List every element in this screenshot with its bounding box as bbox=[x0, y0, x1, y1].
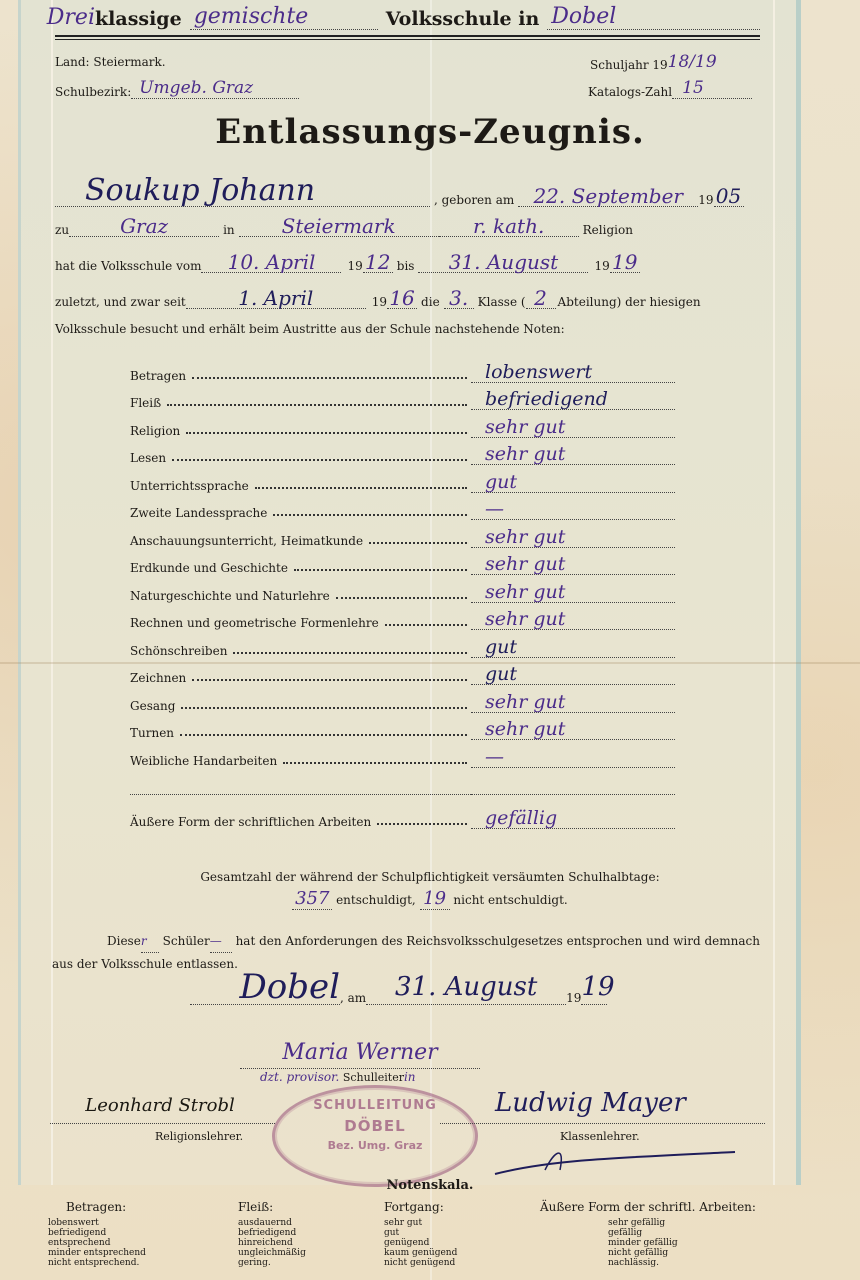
school-type: gemischte bbox=[190, 4, 378, 30]
notes-intro: Volksschule besucht und erhält beim Aust… bbox=[55, 322, 565, 336]
grade-subject: Betragen bbox=[130, 369, 186, 383]
grade-value-field: gefällig bbox=[471, 808, 675, 829]
land-value: Steiermark. bbox=[93, 55, 165, 69]
cert-part1: Diese bbox=[107, 934, 141, 948]
school-label: Volksschule in bbox=[386, 8, 540, 30]
grade-subject: Zweite Landessprache bbox=[130, 506, 267, 520]
birth-date: 22. September bbox=[518, 186, 698, 207]
certification-text: Dieser Schüler— hat den Anforderungen de… bbox=[52, 930, 760, 975]
leader-dots bbox=[172, 459, 467, 461]
grade-row: Lesensehr gut bbox=[130, 438, 675, 466]
scale-item: sehr gut bbox=[384, 1218, 457, 1228]
grade-row: Zeichnengut bbox=[130, 658, 675, 686]
school-year-field: Schuljahr 19 18/19 bbox=[590, 52, 717, 72]
district-field: Schulbezirk: Umgeb. Graz bbox=[55, 78, 299, 99]
head-signature: Maria Werner bbox=[240, 1040, 480, 1065]
issue-date: 31. August bbox=[366, 970, 566, 1005]
leader-dots bbox=[336, 597, 467, 599]
religion-teacher-signature: Leonhard Strobl bbox=[55, 1095, 265, 1116]
class-teacher-signature: Ludwig Mayer bbox=[495, 1088, 765, 1118]
leader-dots bbox=[255, 487, 467, 489]
school-year-value: 18/19 bbox=[668, 52, 717, 72]
since-year-prefix: 19 bbox=[372, 295, 387, 309]
grade-row bbox=[130, 768, 675, 796]
birth-year: 05 bbox=[714, 186, 744, 207]
land-label: Land: bbox=[55, 55, 90, 69]
grade-row: Unterrichtssprachegut bbox=[130, 465, 675, 493]
school-place: Dobel bbox=[547, 4, 760, 30]
scale-item: gut bbox=[384, 1228, 457, 1238]
since-date: 1. April bbox=[186, 288, 366, 309]
leader-dots bbox=[294, 569, 467, 571]
grade-row: Anschauungsunterricht, Heimatkundesehr g… bbox=[130, 520, 675, 548]
scale-heading: Äußere Form der schriftl. Arbeiten: bbox=[540, 1200, 756, 1214]
religion-label: Religion bbox=[583, 223, 633, 237]
grade-value-field: gut bbox=[471, 664, 675, 685]
stamp-line1: SCHULLEITUNG bbox=[275, 1098, 475, 1113]
grade-value: gut bbox=[485, 663, 517, 685]
grade-value-field: sehr gut bbox=[471, 554, 675, 575]
religion-teacher-line bbox=[50, 1123, 275, 1124]
birthplace-line: zu Graz in Steiermark r. kath. Religion bbox=[55, 216, 760, 237]
grade-row: Gesangsehr gut bbox=[130, 685, 675, 713]
cert-fill1: r bbox=[141, 930, 159, 953]
classes-label: klassige bbox=[95, 8, 182, 30]
student-name: Soukup Johann bbox=[55, 176, 430, 207]
grade-subject: Erdkunde und Geschichte bbox=[130, 561, 288, 575]
cert-part2: Schüler bbox=[163, 934, 210, 948]
head-role: Schulleiter bbox=[343, 1071, 404, 1084]
to-date: 31. August bbox=[418, 252, 588, 273]
absences-unexcused: 19 bbox=[420, 888, 450, 910]
head-signature-line bbox=[240, 1068, 480, 1069]
head-suffix: in bbox=[404, 1070, 416, 1084]
issue-year: 19 bbox=[581, 970, 607, 1005]
until-label: bis bbox=[397, 259, 415, 273]
stamp-line2: DÖBEL bbox=[275, 1117, 475, 1135]
from-date: 10. April bbox=[201, 252, 341, 273]
grade-value: — bbox=[485, 746, 504, 768]
issue-place: Dobel bbox=[190, 970, 340, 1005]
grade-value: — bbox=[485, 498, 504, 520]
head-name: Maria Werner bbox=[282, 1040, 437, 1065]
grade-subject: Gesang bbox=[130, 699, 175, 713]
division-number: 2 bbox=[526, 288, 556, 309]
scale-item: genügend bbox=[384, 1238, 457, 1248]
grade-value: sehr gut bbox=[485, 718, 565, 740]
class-label: Klasse ( bbox=[478, 295, 526, 309]
classes-count: Drei bbox=[40, 5, 95, 30]
district-label: Schulbezirk: bbox=[55, 85, 131, 99]
absences-block: Gesamtzahl der während der Schulpflichti… bbox=[0, 870, 860, 910]
catalog-field: Katalogs-Zahl 15 bbox=[588, 78, 752, 99]
religion: r. kath. bbox=[439, 216, 579, 237]
grade-value-field bbox=[471, 794, 675, 795]
land-field: Land: Steiermark. bbox=[55, 55, 166, 69]
scale-heading: Betragen: bbox=[66, 1200, 146, 1214]
student-name-line: Soukup Johann , geboren am 22. September… bbox=[55, 176, 760, 207]
scale-item: minder entsprechend bbox=[48, 1248, 146, 1258]
leader-dots bbox=[385, 624, 467, 626]
born-label: , geboren am bbox=[434, 193, 514, 207]
catalog-value: 15 bbox=[672, 78, 752, 99]
scale-item: hinreichend bbox=[238, 1238, 306, 1248]
zu-label: zu bbox=[55, 223, 69, 237]
cert-fill2: — bbox=[210, 930, 232, 953]
signature-flourish bbox=[490, 1140, 740, 1180]
attended-label: hat die Volksschule vom bbox=[55, 259, 201, 273]
stamp-line3: Bez. Umg. Graz bbox=[275, 1139, 475, 1152]
head-title: dzt. provisor. bbox=[260, 1070, 339, 1084]
district-value: Umgeb. Graz bbox=[131, 78, 299, 99]
to-year-prefix: 19 bbox=[594, 259, 609, 273]
grade-value-field: lobenswert bbox=[471, 362, 675, 383]
header-rule-thin bbox=[55, 39, 760, 40]
since-year: 16 bbox=[387, 288, 417, 309]
grade-subject: Fleiß bbox=[130, 396, 161, 410]
cert-part3: hat den Anforderungen des Reichsvolkssch… bbox=[52, 934, 760, 971]
region: Steiermark bbox=[239, 216, 439, 237]
issue-year-prefix: 19 bbox=[566, 991, 581, 1005]
scale-column: Fortgang:sehr gutgutgenügendkaum genügen… bbox=[384, 1200, 457, 1268]
grade-value-field: — bbox=[471, 499, 675, 520]
leader-dots bbox=[369, 542, 467, 544]
grade-row: Naturgeschichte und Naturlehresehr gut bbox=[130, 575, 675, 603]
scale-heading: Fortgang: bbox=[384, 1200, 457, 1214]
class-teacher-line bbox=[440, 1123, 765, 1124]
scale-item: ungleichmäßig bbox=[238, 1248, 306, 1258]
grade-value-field: sehr gut bbox=[471, 609, 675, 630]
grade-value-field: sehr gut bbox=[471, 719, 675, 740]
class-line: zuletzt, und zwar seit 1. April 19 16 di… bbox=[55, 288, 760, 309]
grade-row: Religionsehr gut bbox=[130, 410, 675, 438]
scale-item: lobenswert bbox=[48, 1218, 146, 1228]
excused-label: entschuldigt, bbox=[336, 893, 416, 907]
scale-item: nicht entsprechend. bbox=[48, 1258, 146, 1268]
grade-row: Fleißbefriedigend bbox=[130, 383, 675, 411]
absences-heading: Gesamtzahl der während der Schulpflichti… bbox=[0, 870, 860, 884]
grade-value-field: befriedigend bbox=[471, 389, 675, 410]
catalog-label: Katalogs-Zahl bbox=[588, 85, 672, 99]
scale-item: nicht gefällig bbox=[608, 1248, 756, 1258]
grade-subject: Schönschreiben bbox=[130, 644, 227, 658]
scale-item: kaum genügend bbox=[384, 1248, 457, 1258]
grade-subject: Lesen bbox=[130, 451, 166, 465]
grade-row: Schönschreibengut bbox=[130, 630, 675, 658]
grade-value-field: gut bbox=[471, 637, 675, 658]
grade-subject: Äußere Form der schriftlichen Arbeiten bbox=[130, 815, 371, 829]
division-label: Abteilung) der hiesigen bbox=[558, 295, 701, 309]
scale-item: sehr gefällig bbox=[608, 1218, 756, 1228]
birthplace: Graz bbox=[69, 216, 219, 237]
grade-value-field: sehr gut bbox=[471, 582, 675, 603]
grade-value: lobenswert bbox=[485, 361, 592, 383]
scale-item: nicht genügend bbox=[384, 1258, 457, 1268]
scale-item: ausdauernd bbox=[238, 1218, 306, 1228]
scale-heading: Fleiß: bbox=[238, 1200, 306, 1214]
leader-dots bbox=[192, 679, 467, 681]
leader-dots bbox=[192, 377, 467, 379]
issue-place-date: Dobel , am 31. August 19 19 bbox=[190, 970, 660, 1005]
grade-row: Rechnen und geometrische Formenlehresehr… bbox=[130, 603, 675, 631]
grade-subject: Turnen bbox=[130, 726, 174, 740]
school-year-label: Schuljahr 19 bbox=[590, 58, 668, 72]
grade-subject: Naturgeschichte und Naturlehre bbox=[130, 589, 330, 603]
grading-scale: Betragen:lobenswertbefriedigendentsprech… bbox=[0, 1200, 860, 1280]
grade-value: gut bbox=[485, 636, 517, 658]
religion-teacher-label: Religionslehrer. bbox=[155, 1130, 243, 1143]
class-number: 3. bbox=[444, 288, 474, 309]
grade-row: Erdkunde und Geschichtesehr gut bbox=[130, 548, 675, 576]
from-year-prefix: 19 bbox=[347, 259, 362, 273]
scale-item: minder gefällig bbox=[608, 1238, 756, 1248]
grade-row: Äußere Form der schriftlichen Arbeitenge… bbox=[130, 801, 675, 829]
leader-dots bbox=[180, 734, 467, 736]
grade-subject: Rechnen und geometrische Formenlehre bbox=[130, 616, 379, 630]
grading-scale-title: Notenskala. bbox=[0, 1178, 860, 1193]
grade-row: Weibliche Handarbeiten— bbox=[130, 740, 675, 768]
grade-value: sehr gut bbox=[485, 608, 565, 630]
leader-dots bbox=[273, 514, 467, 516]
scale-column: Fleiß:ausdauerndbefriedigendhinreichendu… bbox=[238, 1200, 306, 1268]
grade-value: gefällig bbox=[485, 807, 557, 829]
grade-subject: Unterrichtssprache bbox=[130, 479, 249, 493]
scale-item: nachlässig. bbox=[608, 1258, 756, 1268]
leader-dots bbox=[130, 794, 471, 795]
leader-dots bbox=[283, 762, 467, 764]
to-year: 19 bbox=[610, 252, 640, 273]
grade-value-field: — bbox=[471, 747, 675, 768]
school-header: Drei klassige gemischte Volksschule in D… bbox=[40, 0, 760, 32]
scale-item: befriedigend bbox=[238, 1228, 306, 1238]
grade-value-field: sehr gut bbox=[471, 417, 675, 438]
grade-value: sehr gut bbox=[485, 553, 565, 575]
from-year: 12 bbox=[363, 252, 393, 273]
document-title: Entlassungs-Zeugnis. bbox=[0, 112, 860, 152]
born-year-prefix: 19 bbox=[698, 193, 713, 207]
scale-column: Betragen:lobenswertbefriedigendentsprech… bbox=[48, 1200, 146, 1268]
grade-subject: Anschauungsunterricht, Heimatkunde bbox=[130, 534, 363, 548]
grade-value: sehr gut bbox=[485, 581, 565, 603]
leader-dots bbox=[377, 823, 467, 825]
since-label: zuletzt, und zwar seit bbox=[55, 295, 186, 309]
absences-excused: 357 bbox=[292, 888, 332, 910]
leader-dots bbox=[167, 404, 467, 406]
die-label: die bbox=[421, 295, 440, 309]
grade-value: befriedigend bbox=[485, 388, 608, 410]
grade-row: Turnensehr gut bbox=[130, 713, 675, 741]
grade-value: sehr gut bbox=[485, 443, 565, 465]
grade-row: Zweite Landessprache— bbox=[130, 493, 675, 521]
scale-item: gering. bbox=[238, 1258, 306, 1268]
leader-dots bbox=[233, 652, 467, 654]
grade-value-field: sehr gut bbox=[471, 692, 675, 713]
unexcused-label: nicht entschuldigt. bbox=[453, 893, 567, 907]
grade-value: sehr gut bbox=[485, 416, 565, 438]
grade-value: sehr gut bbox=[485, 691, 565, 713]
grade-subject: Religion bbox=[130, 424, 180, 438]
scale-column: Äußere Form der schriftl. Arbeiten:sehr … bbox=[540, 1200, 756, 1268]
leader-dots bbox=[181, 707, 467, 709]
grade-subject: Zeichnen bbox=[130, 671, 186, 685]
grade-value-field: gut bbox=[471, 472, 675, 493]
header-rule bbox=[55, 35, 760, 37]
scale-item: entsprechend bbox=[48, 1238, 146, 1248]
grade-value: gut bbox=[485, 471, 517, 493]
scale-item: befriedigend bbox=[48, 1228, 146, 1238]
grade-value-field: sehr gut bbox=[471, 527, 675, 548]
am-label: , am bbox=[340, 991, 366, 1005]
grade-value: sehr gut bbox=[485, 526, 565, 548]
grade-row: Betragenlobenswert bbox=[130, 355, 675, 383]
grade-subject: Weibliche Handarbeiten bbox=[130, 754, 277, 768]
head-label: dzt. provisor. Schulleiterin bbox=[260, 1070, 500, 1084]
grades-table: BetragenlobenswertFleißbefriedigendRelig… bbox=[130, 355, 675, 829]
leader-dots bbox=[186, 432, 467, 434]
in-label: in bbox=[223, 223, 235, 237]
grade-value-field: sehr gut bbox=[471, 444, 675, 465]
school-stamp: SCHULLEITUNG DÖBEL Bez. Umg. Graz bbox=[272, 1085, 478, 1187]
scale-item: gefällig bbox=[608, 1228, 756, 1238]
class-teacher-name: Ludwig Mayer bbox=[495, 1088, 686, 1118]
attendance-line: hat die Volksschule vom 10. April 19 12 … bbox=[55, 252, 760, 273]
religion-teacher-name: Leonhard Strobl bbox=[85, 1095, 235, 1116]
notes-intro-line: Volksschule besucht und erhält beim Aust… bbox=[55, 322, 760, 336]
